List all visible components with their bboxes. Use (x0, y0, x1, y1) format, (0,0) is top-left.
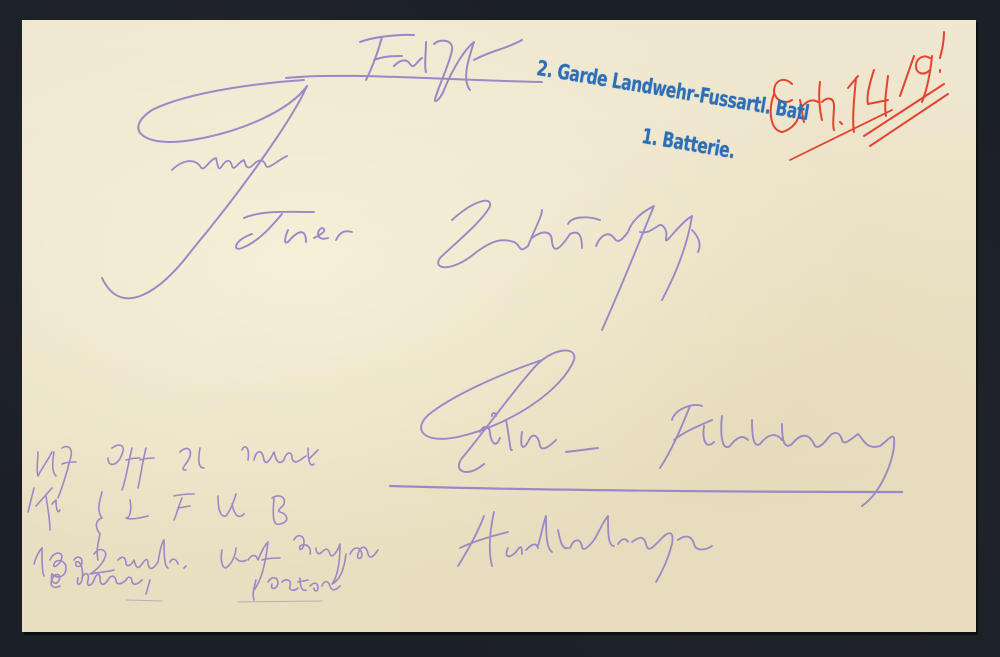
recipient-city-ink (390, 351, 902, 506)
feldpost-header-ink (102, 35, 542, 298)
postcard: 2. Garde Landwehr-Fussartl. Batl 1. Batt… (22, 20, 976, 632)
